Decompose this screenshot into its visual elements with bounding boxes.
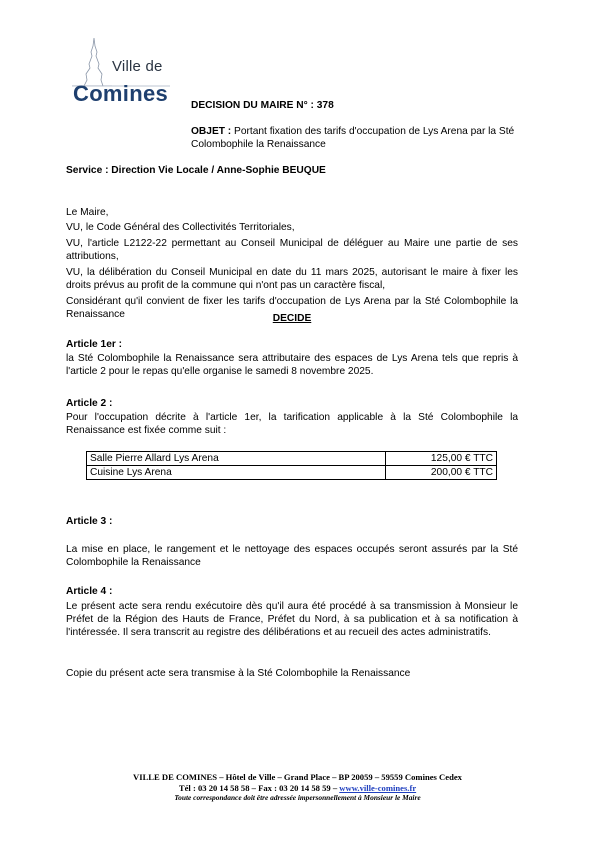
article-4-body: Le présent acte sera rendu exécutoire dè… xyxy=(66,600,518,639)
article-4-heading: Article 4 : xyxy=(66,586,112,597)
logo-line2: Comines xyxy=(73,81,168,107)
objet-label: OBJET : xyxy=(191,126,231,137)
footer-phone-fax: Tél : 03 20 14 58 58 – Fax : 03 20 14 58… xyxy=(179,783,339,793)
objet-text: Portant fixation des tarifs d'occupation… xyxy=(191,126,514,150)
footer-note: Toute correspondance doit être adressée … xyxy=(0,793,595,804)
table-row: Cuisine Lys Arena 200,00 € TTC xyxy=(87,466,497,480)
service-line: Service : Direction Vie Locale / Anne-So… xyxy=(66,165,326,176)
article-3-heading: Article 3 : xyxy=(66,516,112,527)
objet: OBJET : Portant fixation des tarifs d'oc… xyxy=(191,125,521,151)
preamble-line: VU, la délibération du Conseil Municipal… xyxy=(66,266,518,292)
website-link[interactable]: www.ville-comines.fr xyxy=(339,783,416,793)
preamble-line: VU, le Code Général des Collectivités Te… xyxy=(66,221,518,234)
article-1-body: la Sté Colombophile la Renaissance sera … xyxy=(66,352,518,378)
footer: VILLE DE COMINES – Hôtel de Ville – Gran… xyxy=(0,772,595,804)
article-2-body: Pour l'occupation décrite à l'article 1e… xyxy=(66,411,518,437)
footer-contact: Tél : 03 20 14 58 58 – Fax : 03 20 14 58… xyxy=(0,783,595,794)
table-row: Salle Pierre Allard Lys Arena 125,00 € T… xyxy=(87,452,497,466)
decision-title: DECISION DU MAIRE N° : 378 xyxy=(191,100,334,111)
tarif-label: Salle Pierre Allard Lys Arena xyxy=(87,452,386,466)
article-1-heading: Article 1er : xyxy=(66,339,122,350)
decide-heading: DECIDE xyxy=(66,313,518,324)
tarif-price: 125,00 € TTC xyxy=(386,452,497,466)
copie-line: Copie du présent acte sera transmise à l… xyxy=(66,667,518,680)
tarif-price: 200,00 € TTC xyxy=(386,466,497,480)
article-3-body: La mise en place, le rangement et le net… xyxy=(66,543,518,569)
preamble-line: Le Maire, xyxy=(66,206,518,219)
ville-de-comines-logo: Ville de Comines xyxy=(72,36,182,111)
article-2-heading: Article 2 : xyxy=(66,398,112,409)
preamble-line: VU, l'article L2122-22 permettant au Con… xyxy=(66,237,518,263)
tarifs-table: Salle Pierre Allard Lys Arena 125,00 € T… xyxy=(86,451,497,480)
tarif-label: Cuisine Lys Arena xyxy=(87,466,386,480)
preamble: Le Maire, VU, le Code Général des Collec… xyxy=(66,206,518,325)
logo-line1: Ville de xyxy=(112,58,163,75)
footer-address: VILLE DE COMINES – Hôtel de Ville – Gran… xyxy=(0,772,595,783)
